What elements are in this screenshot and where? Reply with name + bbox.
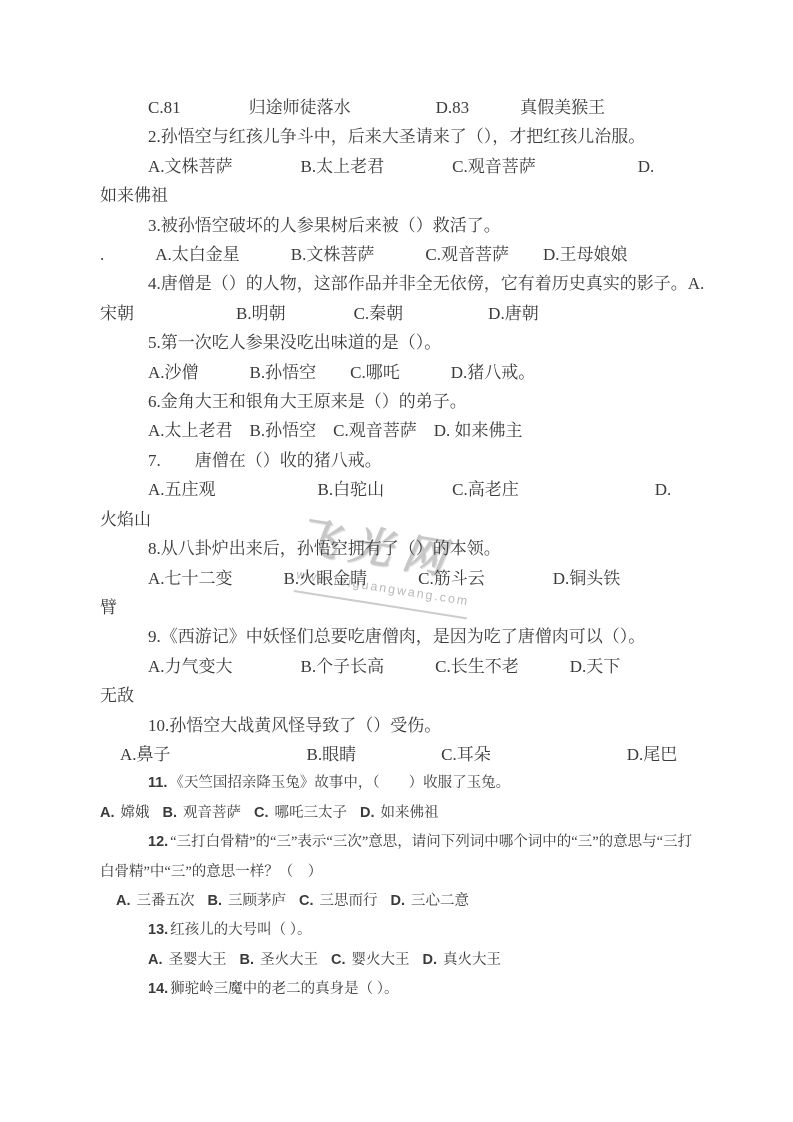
options-line-q11: A.嫦娥B.观音菩萨C.哪吒三太子D.如来佛祖 bbox=[100, 799, 693, 828]
option-label: 观音菩萨 bbox=[183, 805, 241, 821]
question-line-8: 8.从八卦炉出来后，孙悟空拥有了（）的本领。 bbox=[100, 534, 693, 563]
option-label: 婴火大王 bbox=[352, 952, 410, 968]
question-line-12: 12.“三打白骨精”的“三”表示“三次”意思，请问下列词中哪个词中的“三”的意思… bbox=[100, 828, 693, 857]
option-label: 哪吒三太子 bbox=[275, 805, 348, 821]
option-label: 如来佛祖 bbox=[381, 805, 439, 821]
option-label: 嫦娥 bbox=[121, 805, 150, 821]
question-text: 《天竺国招亲降玉兔》故事中，（ ）收服了玉兔。 bbox=[169, 775, 510, 791]
option-label: 三顾茅庐 bbox=[228, 893, 286, 909]
option-letter: D. bbox=[360, 805, 375, 821]
option-b: B.观音菩萨 bbox=[163, 805, 242, 821]
options-line-q1-cd: C.81 归途师徒落水 D.83 真假美猴王 bbox=[100, 93, 693, 122]
options-line-q4: 宋朝 B.明朝 C.秦朝 D.唐朝 bbox=[100, 299, 693, 328]
question-line-14: 14.狮驼岭三魔中的老二的真身是（ ）。 bbox=[100, 975, 693, 1004]
option-letter: A. bbox=[116, 893, 131, 909]
question-line-11: 11.《天竺国招亲降玉兔》故事中，（ ）收服了玉兔。 bbox=[100, 769, 693, 798]
question-line-6: 6.金角大王和银角大王原来是（）的弟子。 bbox=[100, 387, 693, 416]
option-label: 三思而行 bbox=[320, 893, 378, 909]
option-c: C.婴火大王 bbox=[331, 952, 410, 968]
options-line-q2: A.文株菩萨 B.太上老君 C.观音菩萨 D. bbox=[100, 152, 693, 181]
option-a: A.三番五次 bbox=[116, 893, 195, 909]
options-line-q9: A.力气变大 B.个子长高 C.长生不老 D.天下 bbox=[100, 652, 693, 681]
options-line-q8-wrap: 臂 bbox=[100, 593, 693, 622]
option-letter: D. bbox=[423, 952, 438, 968]
options-line-q10: A.鼻子 B.眼睛 C.耳朵 D.尾巴 bbox=[100, 740, 693, 769]
option-letter: D. bbox=[391, 893, 406, 909]
option-letter: B. bbox=[208, 893, 223, 909]
option-letter: A. bbox=[100, 805, 115, 821]
option-label: 圣婴大王 bbox=[169, 952, 227, 968]
question-line-3: 3.被孙悟空破坏的人参果树后来被（）救活了。 bbox=[100, 211, 693, 240]
question-number: 14. bbox=[148, 981, 168, 997]
option-label: 圣火大王 bbox=[260, 952, 318, 968]
option-label: 三心二意 bbox=[411, 893, 469, 909]
question-line-13: 13.红孩儿的大号叫（ ）。 bbox=[100, 916, 693, 945]
question-line-9: 9.《西游记》中妖怪们总要吃唐僧肉，是因为吃了唐僧肉可以（）。 bbox=[100, 622, 693, 651]
option-letter: B. bbox=[163, 805, 178, 821]
question-line-5: 5.第一次吃人参果没吃出味道的是（）。 bbox=[100, 328, 693, 357]
question-number: 13. bbox=[148, 922, 168, 938]
option-d: D.真火大王 bbox=[423, 952, 502, 968]
document-page: 飞光网 www.feiguangwang.com C.81 归途师徒落水 D.8… bbox=[0, 0, 793, 1122]
option-letter: A. bbox=[148, 952, 163, 968]
question-number: 12. bbox=[148, 834, 168, 850]
option-a: A.嫦娥 bbox=[100, 805, 150, 821]
option-c: C.三思而行 bbox=[299, 893, 378, 909]
options-line-q12: A.三番五次B.三顾茅庐C.三思而行D.三心二意 bbox=[100, 887, 693, 916]
options-line-q7-wrap: 火焰山 bbox=[100, 505, 693, 534]
question-text: “三打白骨精”的“三”表示“三次”意思，请问下列词中哪个词中的“三”的意思与“三… bbox=[170, 834, 692, 850]
question-line-4: 4.唐僧是（）的人物，这部作品并非全无依傍，它有着历史真实的影子。A. bbox=[100, 269, 693, 298]
question-line-10: 10.孙悟空大战黄风怪导致了（）受伤。 bbox=[100, 711, 693, 740]
question-line-12-wrap: 白骨精”中“三”的意思一样？（ ） bbox=[100, 858, 693, 887]
option-c: C.哪吒三太子 bbox=[254, 805, 347, 821]
option-d: D.如来佛祖 bbox=[360, 805, 439, 821]
option-letter: C. bbox=[254, 805, 269, 821]
option-label: 三番五次 bbox=[137, 893, 195, 909]
options-line-q3: . A.太白金星 B.文株菩萨 C.观音菩萨 D.王母娘娘 bbox=[100, 240, 693, 269]
question-text: 红孩儿的大号叫（ ）。 bbox=[170, 922, 311, 938]
question-number: 11. bbox=[148, 775, 167, 791]
option-letter: B. bbox=[240, 952, 255, 968]
options-line-q13: A.圣婴大王B.圣火大王C.婴火大王D.真火大王 bbox=[100, 946, 693, 975]
option-b: B.三顾茅庐 bbox=[208, 893, 287, 909]
question-line-7: 7. 唐僧在（）收的猪八戒。 bbox=[100, 446, 693, 475]
options-line-q2-wrap: 如来佛祖 bbox=[100, 181, 693, 210]
question-line-2: 2.孙悟空与红孩儿争斗中，后来大圣请来了（），才把红孩儿治服。 bbox=[100, 122, 693, 151]
options-line-q5: A.沙僧 B.孙悟空 C.哪吒 D.猪八戒。 bbox=[100, 358, 693, 387]
options-line-q7: A.五庄观 B.白驼山 C.高老庄 D. bbox=[100, 475, 693, 504]
option-d: D.三心二意 bbox=[391, 893, 470, 909]
option-a: A.圣婴大王 bbox=[148, 952, 227, 968]
options-line-q6: A.太上老君 B.孙悟空 C.观音菩萨 D. 如来佛主 bbox=[100, 416, 693, 445]
option-letter: C. bbox=[299, 893, 314, 909]
option-letter: C. bbox=[331, 952, 346, 968]
option-label: 真火大王 bbox=[443, 952, 501, 968]
options-line-q8: A.七十二变 B.火眼金睛 C.筋斗云 D.铜头铁 bbox=[100, 564, 693, 593]
option-b: B.圣火大王 bbox=[240, 952, 319, 968]
options-line-q9-wrap: 无敌 bbox=[100, 681, 693, 710]
question-text: 狮驼岭三魔中的老二的真身是（ ）。 bbox=[170, 981, 398, 997]
